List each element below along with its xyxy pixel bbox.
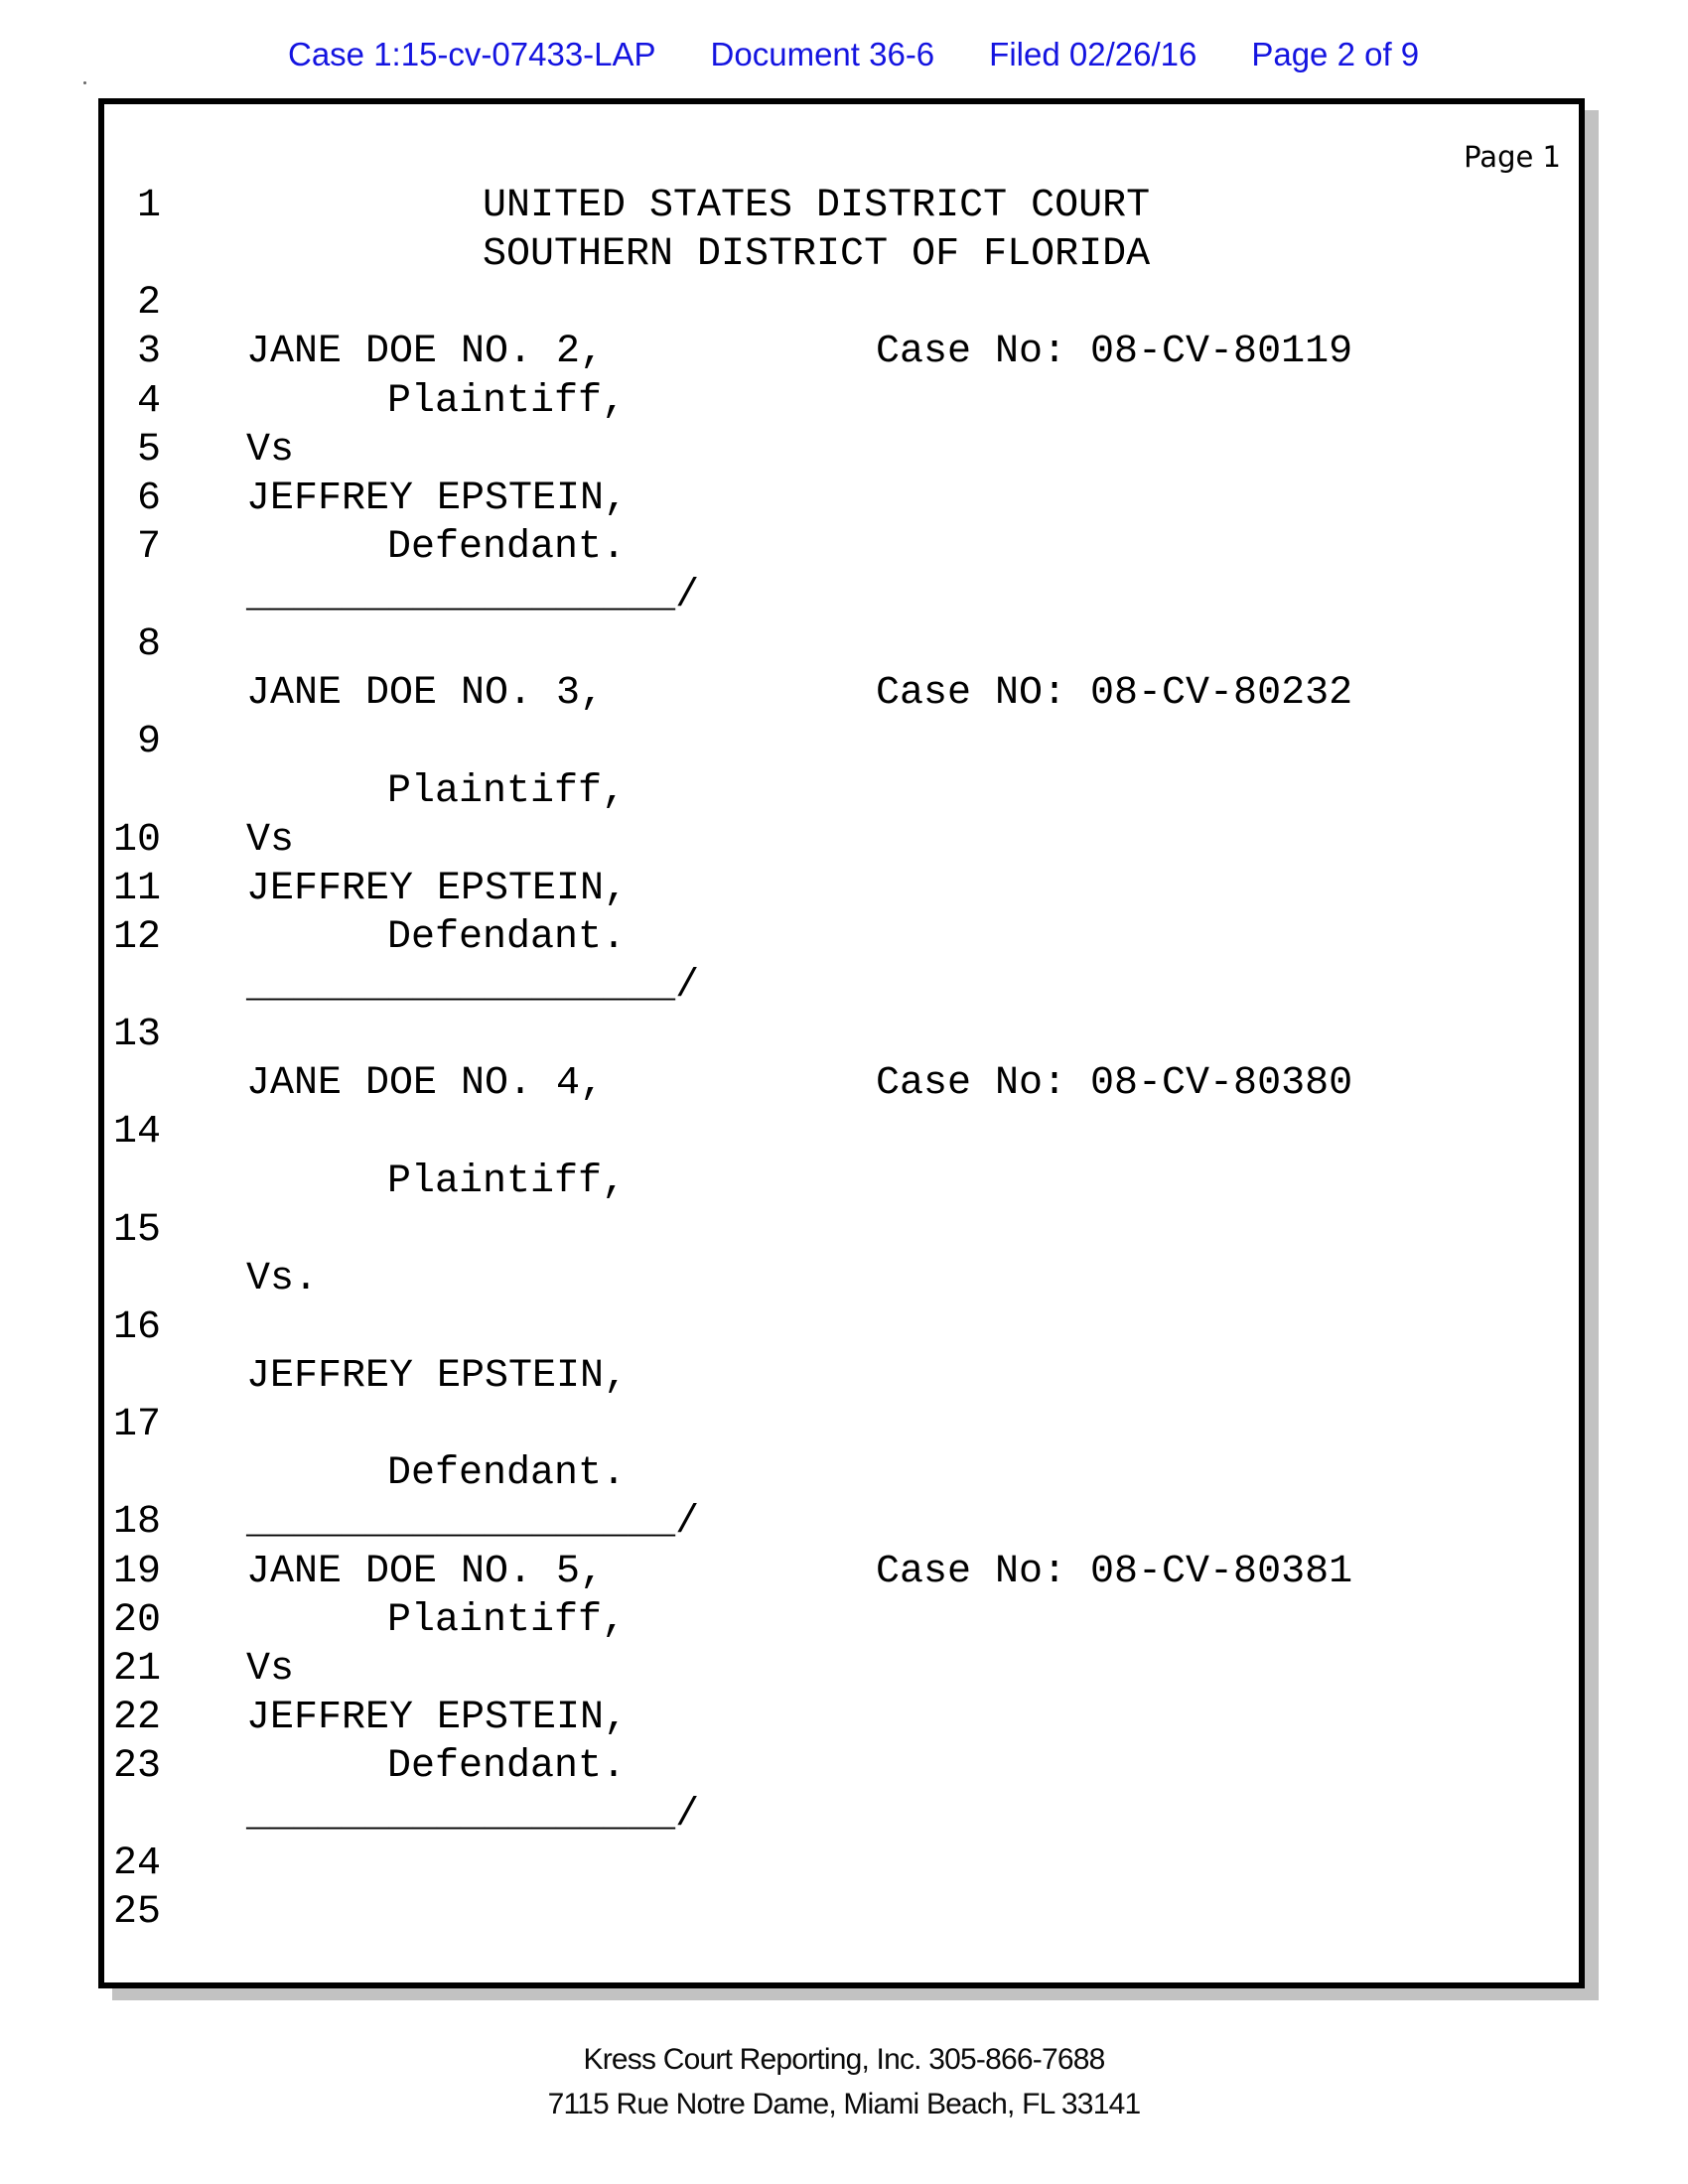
ecf-header-stamp: Case 1:15-cv-07433-LAP Document 36-6 Fil… bbox=[288, 38, 1419, 71]
transcript-row: 11JEFFREY EPSTEIN, bbox=[104, 865, 1579, 913]
line-number: 22 bbox=[104, 1694, 161, 1742]
transcript-row: 25 bbox=[104, 1888, 1579, 1937]
line-number: 8 bbox=[104, 620, 161, 669]
line-number: 6 bbox=[104, 475, 161, 523]
case-number: Case No: 08-CV-80381 bbox=[876, 1548, 1352, 1596]
line-text: Defendant. bbox=[387, 913, 626, 962]
transcript-row: 24 bbox=[104, 1840, 1579, 1888]
line-text: JEFFREY EPSTEIN, bbox=[246, 865, 628, 913]
signature-rule: __________________/ bbox=[246, 1498, 699, 1547]
stamp-document-number: Document 36-6 bbox=[711, 38, 935, 71]
line-number: 11 bbox=[104, 865, 161, 913]
scan-speck bbox=[83, 81, 86, 84]
transcript-row: SOUTHERN DISTRICT OF FLORIDA bbox=[104, 230, 1579, 279]
stamp-page-count: Page 2 of 9 bbox=[1251, 38, 1419, 71]
line-text: Vs bbox=[246, 1645, 294, 1694]
case-number: Case No: 08-CV-80119 bbox=[876, 328, 1352, 376]
line-text: UNITED STATES DISTRICT COURT bbox=[483, 182, 1150, 230]
line-text: Vs bbox=[246, 816, 294, 865]
line-text: Defendant. bbox=[387, 1742, 626, 1791]
line-number: 10 bbox=[104, 816, 161, 865]
transcript-row: 13 bbox=[104, 1011, 1579, 1059]
line-text: JANE DOE NO. 4, bbox=[246, 1059, 604, 1108]
line-number: 18 bbox=[104, 1498, 161, 1547]
line-number: 7 bbox=[104, 523, 161, 572]
stamp-case-number: Case 1:15-cv-07433-LAP bbox=[288, 38, 656, 71]
line-number: 5 bbox=[104, 426, 161, 475]
transcript-sheet: Page 1 1UNITED STATES DISTRICT COURTSOUT… bbox=[98, 98, 1585, 1988]
line-number: 4 bbox=[104, 377, 161, 426]
line-number: 16 bbox=[104, 1303, 161, 1352]
transcript-row: JANE DOE NO. 4,Case No: 08-CV-80380 bbox=[104, 1059, 1579, 1108]
transcript-row: 8 bbox=[104, 620, 1579, 669]
transcript-row: 20Plaintiff, bbox=[104, 1596, 1579, 1645]
line-number: 15 bbox=[104, 1206, 161, 1255]
line-number: 20 bbox=[104, 1596, 161, 1645]
line-number: 17 bbox=[104, 1401, 161, 1449]
stamp-filed-date: Filed 02/26/16 bbox=[989, 38, 1196, 71]
signature-rule: __________________/ bbox=[246, 1791, 699, 1840]
transcript-row: 3JANE DOE NO. 2,Case No: 08-CV-80119 bbox=[104, 328, 1579, 376]
transcript-row: 15 bbox=[104, 1206, 1579, 1255]
signature-rule: __________________/ bbox=[246, 572, 699, 620]
signature-rule: __________________/ bbox=[246, 962, 699, 1011]
transcript-row: 4Plaintiff, bbox=[104, 377, 1579, 426]
line-text: Plaintiff, bbox=[387, 1596, 626, 1645]
transcript-row: JANE DOE NO. 3,Case NO: 08-CV-80232 bbox=[104, 669, 1579, 718]
line-number: 13 bbox=[104, 1011, 161, 1059]
line-text: JEFFREY EPSTEIN, bbox=[246, 475, 628, 523]
transcript-row: 7Defendant. bbox=[104, 523, 1579, 572]
page-label: Page 1 bbox=[1464, 140, 1561, 174]
line-number: 3 bbox=[104, 328, 161, 376]
line-number: 1 bbox=[104, 182, 161, 230]
line-text: SOUTHERN DISTRICT OF FLORIDA bbox=[483, 230, 1150, 279]
line-text: Plaintiff, bbox=[387, 767, 626, 816]
line-number: 24 bbox=[104, 1840, 161, 1888]
reporter-footer: Kress Court Reporting, Inc. 305-866-7688… bbox=[0, 2037, 1688, 2126]
transcript-row: Defendant. bbox=[104, 1449, 1579, 1498]
line-number: 19 bbox=[104, 1548, 161, 1596]
transcript-row: 5Vs bbox=[104, 426, 1579, 475]
line-text: Plaintiff, bbox=[387, 1158, 626, 1206]
transcript-row: JEFFREY EPSTEIN, bbox=[104, 1352, 1579, 1401]
transcript-row: 9 bbox=[104, 718, 1579, 766]
transcript-row: __________________/ bbox=[104, 1791, 1579, 1840]
line-text: JANE DOE NO. 3, bbox=[246, 669, 604, 718]
line-number: 23 bbox=[104, 1742, 161, 1791]
transcript-row: 18__________________/ bbox=[104, 1498, 1579, 1547]
transcript-row: 2 bbox=[104, 279, 1579, 328]
line-number: 12 bbox=[104, 913, 161, 962]
line-text: Defendant. bbox=[387, 523, 626, 572]
transcript-row: Plaintiff, bbox=[104, 1158, 1579, 1206]
line-text: JANE DOE NO. 2, bbox=[246, 328, 604, 376]
line-text: Plaintiff, bbox=[387, 377, 626, 426]
transcript-row: 19JANE DOE NO. 5,Case No: 08-CV-80381 bbox=[104, 1548, 1579, 1596]
transcript-row: 1UNITED STATES DISTRICT COURT bbox=[104, 182, 1579, 230]
line-number: 14 bbox=[104, 1108, 161, 1157]
transcript-row: 14 bbox=[104, 1108, 1579, 1157]
case-number: Case No: 08-CV-80380 bbox=[876, 1059, 1352, 1108]
line-text: Defendant. bbox=[387, 1449, 626, 1498]
transcript-row: 6JEFFREY EPSTEIN, bbox=[104, 475, 1579, 523]
line-text: JEFFREY EPSTEIN, bbox=[246, 1694, 628, 1742]
line-text: JEFFREY EPSTEIN, bbox=[246, 1352, 628, 1401]
transcript-row: 12Defendant. bbox=[104, 913, 1579, 962]
line-number: 9 bbox=[104, 718, 161, 766]
transcript-row: 21Vs bbox=[104, 1645, 1579, 1694]
line-text: Vs bbox=[246, 426, 294, 475]
transcript-row: Vs. bbox=[104, 1255, 1579, 1303]
transcript-row: __________________/ bbox=[104, 962, 1579, 1011]
transcript-row: 17 bbox=[104, 1401, 1579, 1449]
reporter-name-phone: Kress Court Reporting, Inc. 305-866-7688 bbox=[0, 2037, 1688, 2082]
line-number: 2 bbox=[104, 279, 161, 328]
line-text: JANE DOE NO. 5, bbox=[246, 1548, 604, 1596]
reporter-address: 7115 Rue Notre Dame, Miami Beach, FL 331… bbox=[0, 2082, 1688, 2126]
line-number: 25 bbox=[104, 1888, 161, 1937]
line-text: Vs. bbox=[246, 1255, 318, 1303]
transcript-row: 16 bbox=[104, 1303, 1579, 1352]
transcript-row: 22JEFFREY EPSTEIN, bbox=[104, 1694, 1579, 1742]
transcript-row: __________________/ bbox=[104, 572, 1579, 620]
transcript-row: 23Defendant. bbox=[104, 1742, 1579, 1791]
case-number: Case NO: 08-CV-80232 bbox=[876, 669, 1352, 718]
transcript-row: 10Vs bbox=[104, 816, 1579, 865]
line-number: 21 bbox=[104, 1645, 161, 1694]
transcript-rows: 1UNITED STATES DISTRICT COURTSOUTHERN DI… bbox=[104, 182, 1579, 1938]
transcript-row: Plaintiff, bbox=[104, 767, 1579, 816]
